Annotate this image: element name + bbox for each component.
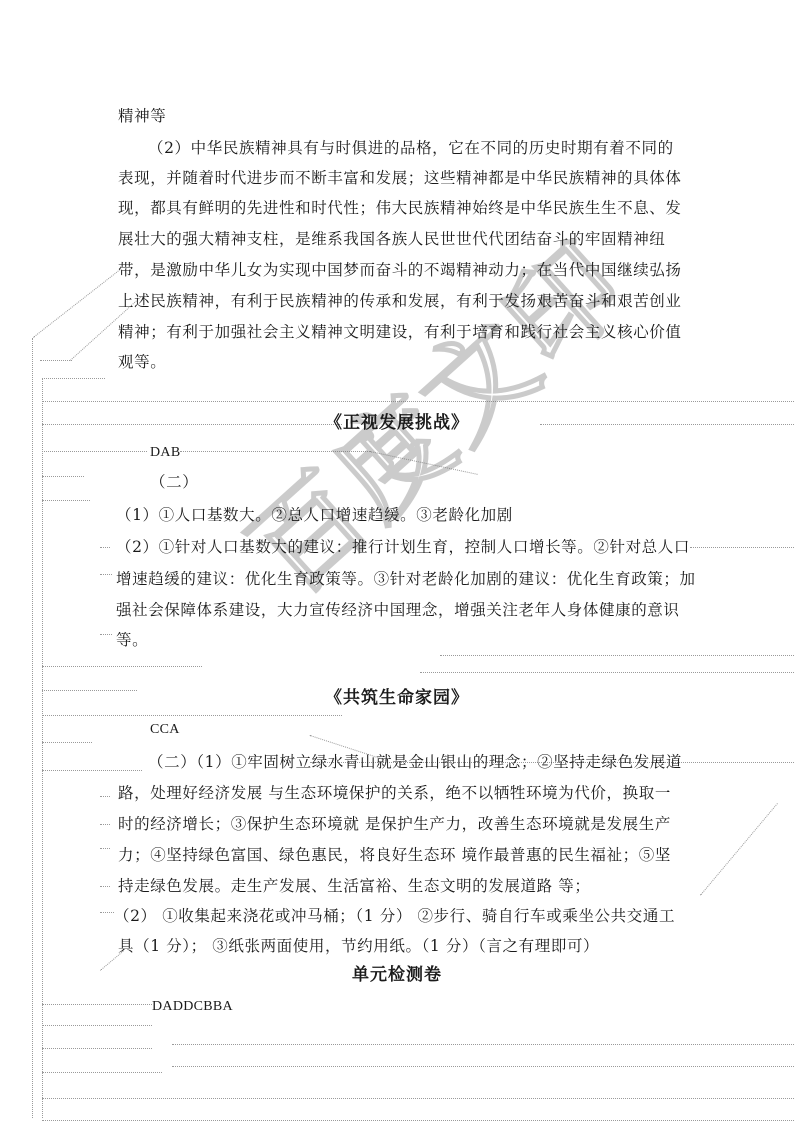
paragraph-line: 精神；有利于加强社会主义精神文明建设，有利于培育和践行社会主义核心价值 xyxy=(118,322,682,342)
paragraph-line: 带，是激励中华儿女为实现中国梦而奋斗的不竭精神动力；在当代中国继续弘扬 xyxy=(118,260,682,280)
answer-line: 力；④坚持绿色富国、绿色惠民，将良好生态环 境作最普惠的民生福祉；⑤坚 xyxy=(118,845,671,865)
choice-answers: DAB xyxy=(150,443,180,463)
paragraph-line: 表现，并随着时代进步而不断丰富和发展；这些精神都是中华民族精神的具体体 xyxy=(118,168,682,188)
paragraph-line: 现，都具有鲜明的先进性和时代性；伟大民族精神始终是中华民族生生不息、发 xyxy=(118,198,682,218)
part-label: （二） xyxy=(150,472,198,492)
answer-line: 等。 xyxy=(116,630,148,650)
section-title-build-life-home: 《共筑生命家园》 xyxy=(0,687,794,709)
answer-line: 时的经济增长；③保护生态环境就 是保护生产力，改善生态环境就是发展生产 xyxy=(118,814,671,834)
answer-line: 强社会保障体系建设，大力宣传经济中国理念，增强关注老年人身体健康的意识 xyxy=(116,600,680,620)
choice-answers: DADDCBBA xyxy=(152,997,233,1017)
paragraph-line: 观等。 xyxy=(118,352,166,372)
choice-answers: CCA xyxy=(150,720,180,740)
answer-line: 增速趋缓的建议：优化生育政策等。③针对老龄化加剧的建议：优化生育政策；加 xyxy=(116,569,696,589)
paragraph-line: （2）中华民族精神具有与时俱进的品格，它在不同的历史时期有着不同的 xyxy=(148,138,674,158)
answer-line: 路，处理好经济发展 与生态环境保护的关系，绝不以牺牲环境为代价，换取一 xyxy=(118,783,671,803)
answer-line: （2）①针对人口基数大的建议：推行计划生育，控制人口增长等。②针对总人口 xyxy=(116,537,690,557)
answer-line: 具（1 分）； ③纸张两面使用，节约用纸。（1 分）（言之有理即可） xyxy=(118,936,599,956)
paragraph-line: 上述民族精神，有利于民族精神的传承和发展，有利于发扬艰苦奋斗和艰苦创业 xyxy=(118,291,682,311)
paragraph-line: 展壮大的强大精神支柱，是维系我国各族人民世世代代团结奋斗的牢固精神纽 xyxy=(118,229,665,249)
document-page: 精神等 （2）中华民族精神具有与时俱进的品格，它在不同的历史时期有着不同的 表现… xyxy=(0,0,794,1123)
answer-line: （2） ①收集起来浇花或冲马桶；（1 分） ②步行、骑自行车或乘坐公共交通工 xyxy=(114,906,675,926)
section-title-unit-test: 单元检测卷 xyxy=(0,964,794,986)
answer-line: 持走绿色发展。走生产发展、生活富裕、生态文明的发展道路 等； xyxy=(118,876,590,896)
section-title-face-development-challenges: 《正视发展挑战》 xyxy=(0,412,794,434)
answer-line: （1）①人口基数大。②总人口增速趋缓。③老龄化加剧 xyxy=(116,505,513,525)
answer-line: （二）（1）①牢固树立绿水青山就是金山银山的理念；②坚持走绿色发展道 xyxy=(148,752,682,772)
intro-fragment: 精神等 xyxy=(118,106,166,126)
